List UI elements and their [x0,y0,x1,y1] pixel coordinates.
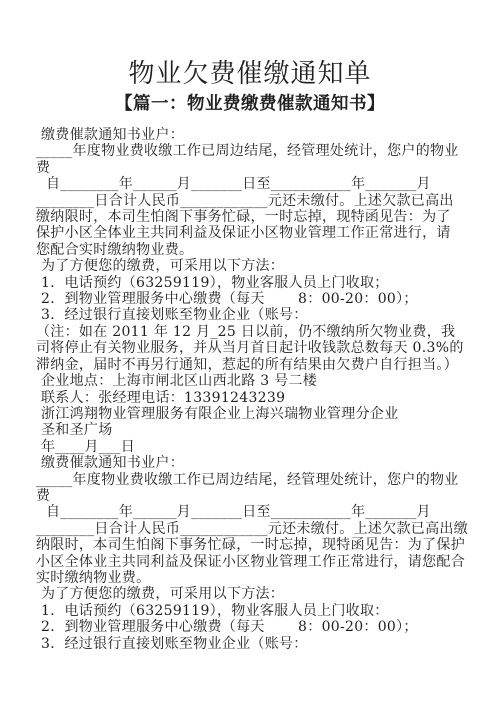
document-line: 费 [36,488,472,504]
document-line: 2．到物业管理服务中心缴费（每天 8：00-20：00）； [36,619,472,635]
document-line: 保护小区全体业主共同利益及保证小区物业管理工作正常进行，请 [36,225,472,241]
document-line: 缴费催款通知书业户： [36,455,472,471]
document-title: 物业欠费催缴通知单 [0,0,500,91]
document-line: 年____月___日 [36,439,472,455]
document-line: _____年度物业费收缴工作已周边结尾，经管理处统计，您户的物业 [36,472,472,488]
document-line: 您配合实时缴纳物业费。 [36,242,472,258]
document-line: 小区全体业主共同利益及保证小区物业管理工作正常进行，请您配合 [36,554,472,570]
document-line: 实时缴纳物业费。 [36,570,472,586]
document-line: 费 [36,160,472,176]
document-line: 3．经过银行直接划账至物业企业（账号： [36,636,472,652]
document-line: 企业地点：上海市闸北区山西北路 3 号二楼 [36,373,472,389]
document-line: ________日合计人民币____________元还未缴付。上述欠款已高出 [36,193,472,209]
document-line: 缴费催款通知书业户： [36,127,472,143]
document-line: 为了方便您的缴费，可采用以下方法： [36,586,472,602]
document-line: _____年度物业费收缴工作已周边结尾，经管理处统计，您户的物业 [36,143,472,159]
document-body: 缴费催款通知书业户：_____年度物业费收缴工作已周边结尾，经管理处统计，您户的… [0,127,500,652]
document-subtitle: 【篇一：物业费缴费催款通知书】 [0,94,500,115]
document-line: 1．电话预约（63259119），物业客服人员上门收取： [36,603,472,619]
document-line: 纳限时，本司生怕阁下事务忙碌，一时忘掉，现特函见告：为了保护 [36,537,472,553]
document-line: 圣和圣广场 [36,422,472,438]
document-line: 1．电话预约（63259119），物业客服人员上门收取； [36,275,472,291]
document-page: 物业欠费催缴通知单 【篇一：物业费缴费催款通知书】 缴费催款通知书业户：____… [0,0,500,708]
document-line: 为了方便您的缴费，可采用以下方法： [36,258,472,274]
document-line: 2．到物业管理服务中心缴费（每天 8：00-20：00）； [36,291,472,307]
document-line: 联系人：张经理电话：13391243239 [36,390,472,406]
document-line: 司将停止有关物业服务，并从当月首日起计收钱款总数每天 0.3%的 [36,340,472,356]
document-line: 缴纳限时，本司生怕阁下事务忙碌，一时忘掉，现特函见告：为了 [36,209,472,225]
document-line: 3．经过银行直接划账至物业企业（账号： [36,307,472,323]
document-line: 浙江鸿翔物业管理服务有限企业上海兴瑞物业管理分企业 [36,406,472,422]
document-line: 自________年______月_______日至___________年__… [36,176,472,192]
document-line: 滞纳金，届时不再另行通知，惹起的所有结果由欠费户自行担当。） [36,357,472,373]
document-line: （注：如在 2011 年 12 月_25 日以前，仍不缴纳所欠物业费，我 [36,324,472,340]
document-line: ________日合计人民币____________元还未缴付。上述欠款已高出缴 [36,521,472,537]
document-line: 自________年______月_______日至___________年__… [36,504,472,520]
